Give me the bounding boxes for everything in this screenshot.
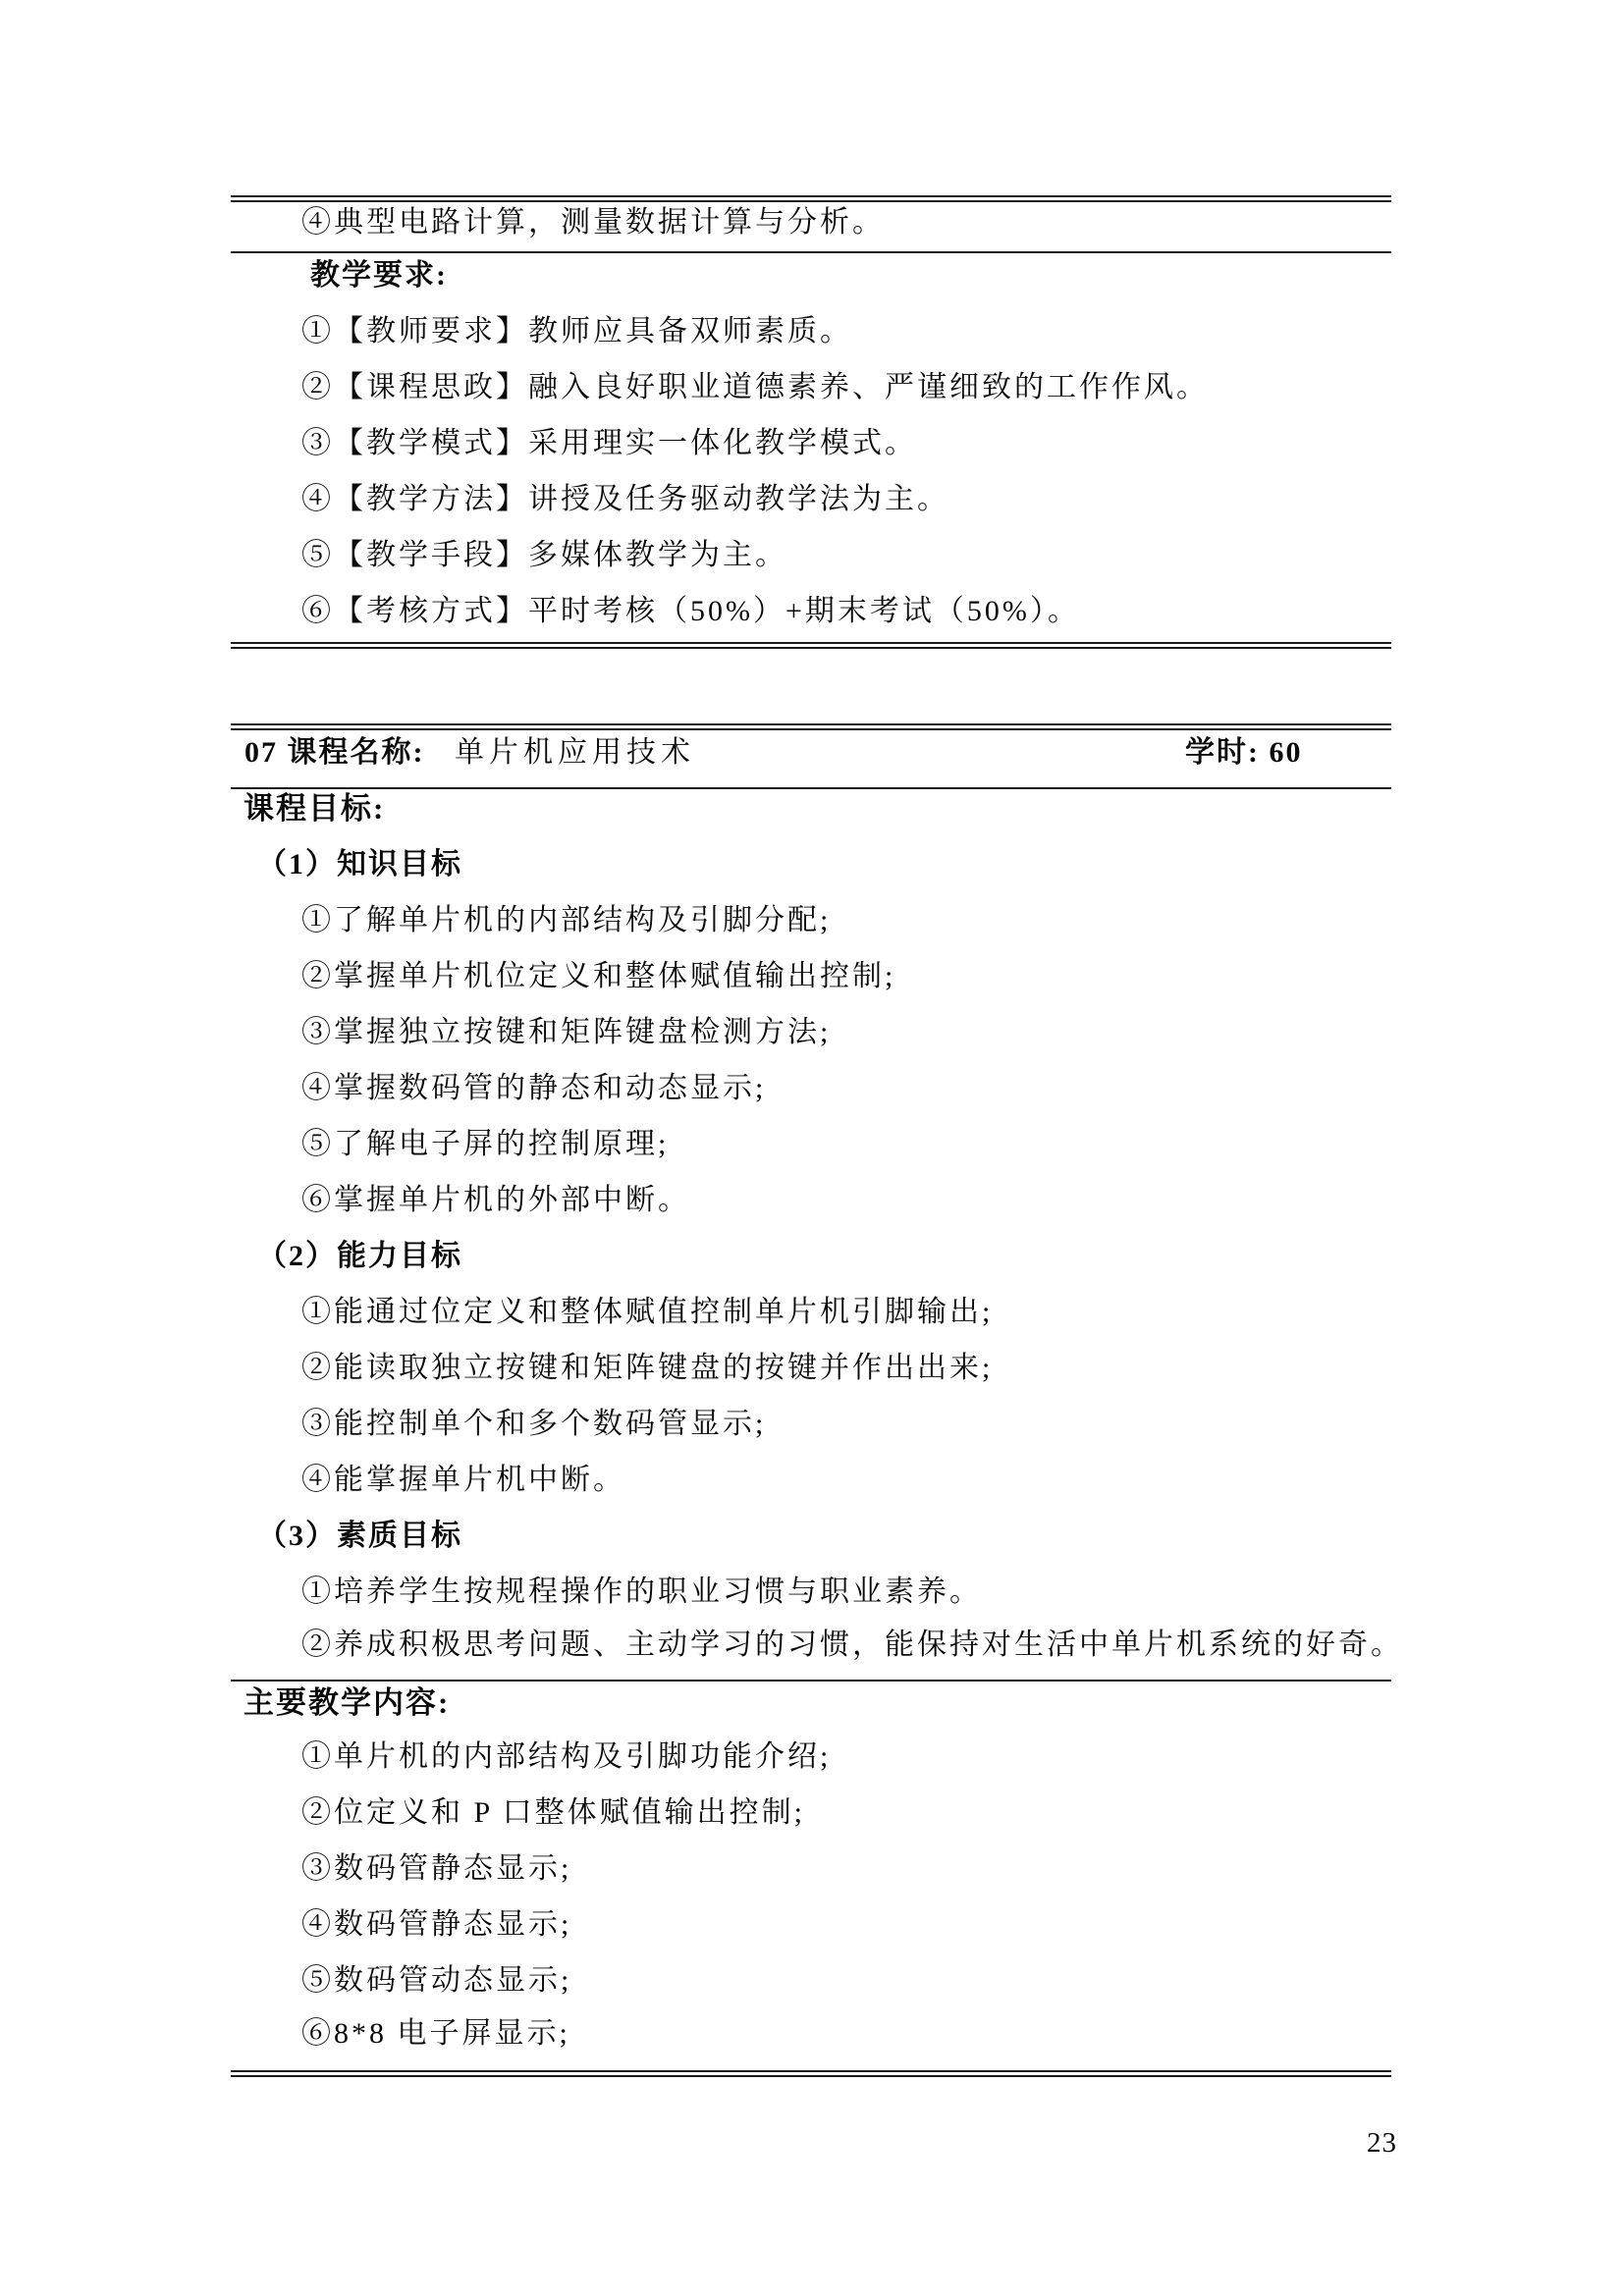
course-number-label: 07 课程名称: [244,733,425,773]
list-item: ①培养学生按规程操作的职业习惯与职业素养。 [301,1573,982,1612]
list-item: ⑥【考核方式】平时考核（50%）+期末考试（50%）。 [301,592,1080,631]
subsection-ability-objectives: （2）能力目标 [257,1237,462,1276]
divider-double-table2-top [231,723,1391,730]
divider-single [231,251,1391,253]
list-item: ①了解单片机的内部结构及引脚分配; [301,901,831,940]
list-item: ③数码管静态显示; [301,1849,571,1889]
list-item: ⑥掌握单片机的外部中断。 [301,1181,690,1220]
list-item: ②位定义和 P 口整体赋值输出控制; [301,1793,805,1833]
course-name: 单片机应用技术 [455,733,695,773]
section-header-main-teaching-content: 主要教学内容: [244,1683,450,1723]
document-page: ④典型电路计算，测量数据计算与分析。 教学要求: ①【教师要求】教师应具备双师素… [0,0,1624,2296]
list-item: ④数码管静态显示; [301,1905,571,1945]
divider-single [231,1680,1391,1682]
list-item: ⑥8*8 电子屏显示; [301,2014,570,2054]
list-item: ②【课程思政】融入良好职业道德素养、严谨细致的工作作风。 [301,368,1209,407]
course-hours: 学时: 60 [1185,733,1303,773]
list-item: ④能掌握单片机中断。 [301,1461,625,1500]
subsection-knowledge-objectives: （1）知识目标 [257,845,462,884]
divider-double-table1-bottom [231,642,1391,649]
list-item: ①能通过位定义和整体赋值控制单片机引脚输出; [301,1293,993,1332]
divider-double-top [231,195,1391,202]
list-item: ④【教学方法】讲授及任务驱动教学法为主。 [301,480,949,519]
section-header-course-objectives: 课程目标: [244,789,385,828]
list-item: ①【教师要求】教师应具备双师素质。 [301,312,852,351]
list-item: ④典型电路计算，测量数据计算与分析。 [301,203,885,242]
divider-single [231,787,1391,789]
list-item: ②能读取独立按键和矩阵键盘的按键并作出出来; [301,1349,993,1388]
section-header-teaching-requirements: 教学要求: [310,256,448,295]
list-item: ③能控制单个和多个数码管显示; [301,1405,766,1444]
page-number: 23 [1367,2125,1397,2161]
list-item: ②养成积极思考问题、主动学习的习惯，能保持对生活中单片机系统的好奇。 [301,1626,1403,1665]
divider-double-table2-bottom [231,2070,1391,2077]
list-item: ①单片机的内部结构及引脚功能介绍; [301,1737,831,1777]
list-item: ⑤数码管动态显示; [301,1961,571,2001]
list-item: ④掌握数码管的静态和动态显示; [301,1069,766,1108]
list-item: ⑤【教学手段】多媒体教学为主。 [301,536,787,575]
list-item: ③掌握独立按键和矩阵键盘检测方法; [301,1013,831,1052]
list-item: ⑤了解电子屏的控制原理; [301,1125,669,1164]
list-item: ③【教学模式】采用理实一体化教学模式。 [301,424,917,463]
subsection-quality-objectives: （3）素质目标 [257,1517,462,1556]
list-item: ②掌握单片机位定义和整体赋值输出控制; [301,957,895,996]
